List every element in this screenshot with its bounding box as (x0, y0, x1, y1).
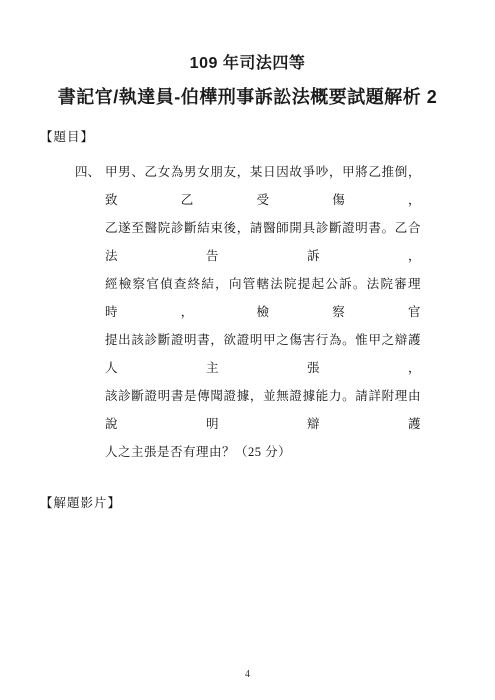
question-number: 四、 (75, 158, 105, 466)
question-text: 甲男、乙女為男女朋友，某日因故爭吵，甲將乙推倒，致乙受傷， 乙遂至醫院診斷結束後… (105, 158, 421, 466)
page-number: 4 (0, 669, 495, 680)
question-line: 乙遂至醫院診斷結束後，請醫師開具診斷證明書。乙合法告訴， (105, 214, 421, 270)
question-line: 人之主張是否有理由？（25 分） (105, 438, 421, 466)
video-section-label: 【解題影片】 (40, 494, 495, 512)
question-line: 該診斷證明書是傳聞證據，並無證據能力。請詳附理由說明辯護 (105, 382, 421, 438)
document-page: 109 年司法四等 書記官/執達員-伯樺刑事訴訟法概要試題解析 2 【題目】 四… (0, 0, 495, 700)
page-subtitle: 書記官/執達員-伯樺刑事訴訟法概要試題解析 2 (0, 84, 495, 110)
question-section-label: 【題目】 (40, 128, 495, 146)
page-title: 109 年司法四等 (0, 52, 495, 76)
question-line: 甲男、乙女為男女朋友，某日因故爭吵，甲將乙推倒，致乙受傷， (105, 158, 421, 214)
question-line: 經檢察官偵查終結，向管轄法院提起公訴。法院審理時，檢察官 (105, 270, 421, 326)
question-paragraph: 四、 甲男、乙女為男女朋友，某日因故爭吵，甲將乙推倒，致乙受傷， 乙遂至醫院診斷… (75, 158, 421, 466)
question-line: 提出該診斷證明書，欲證明甲之傷害行為。惟甲之辯護人主張， (105, 326, 421, 382)
